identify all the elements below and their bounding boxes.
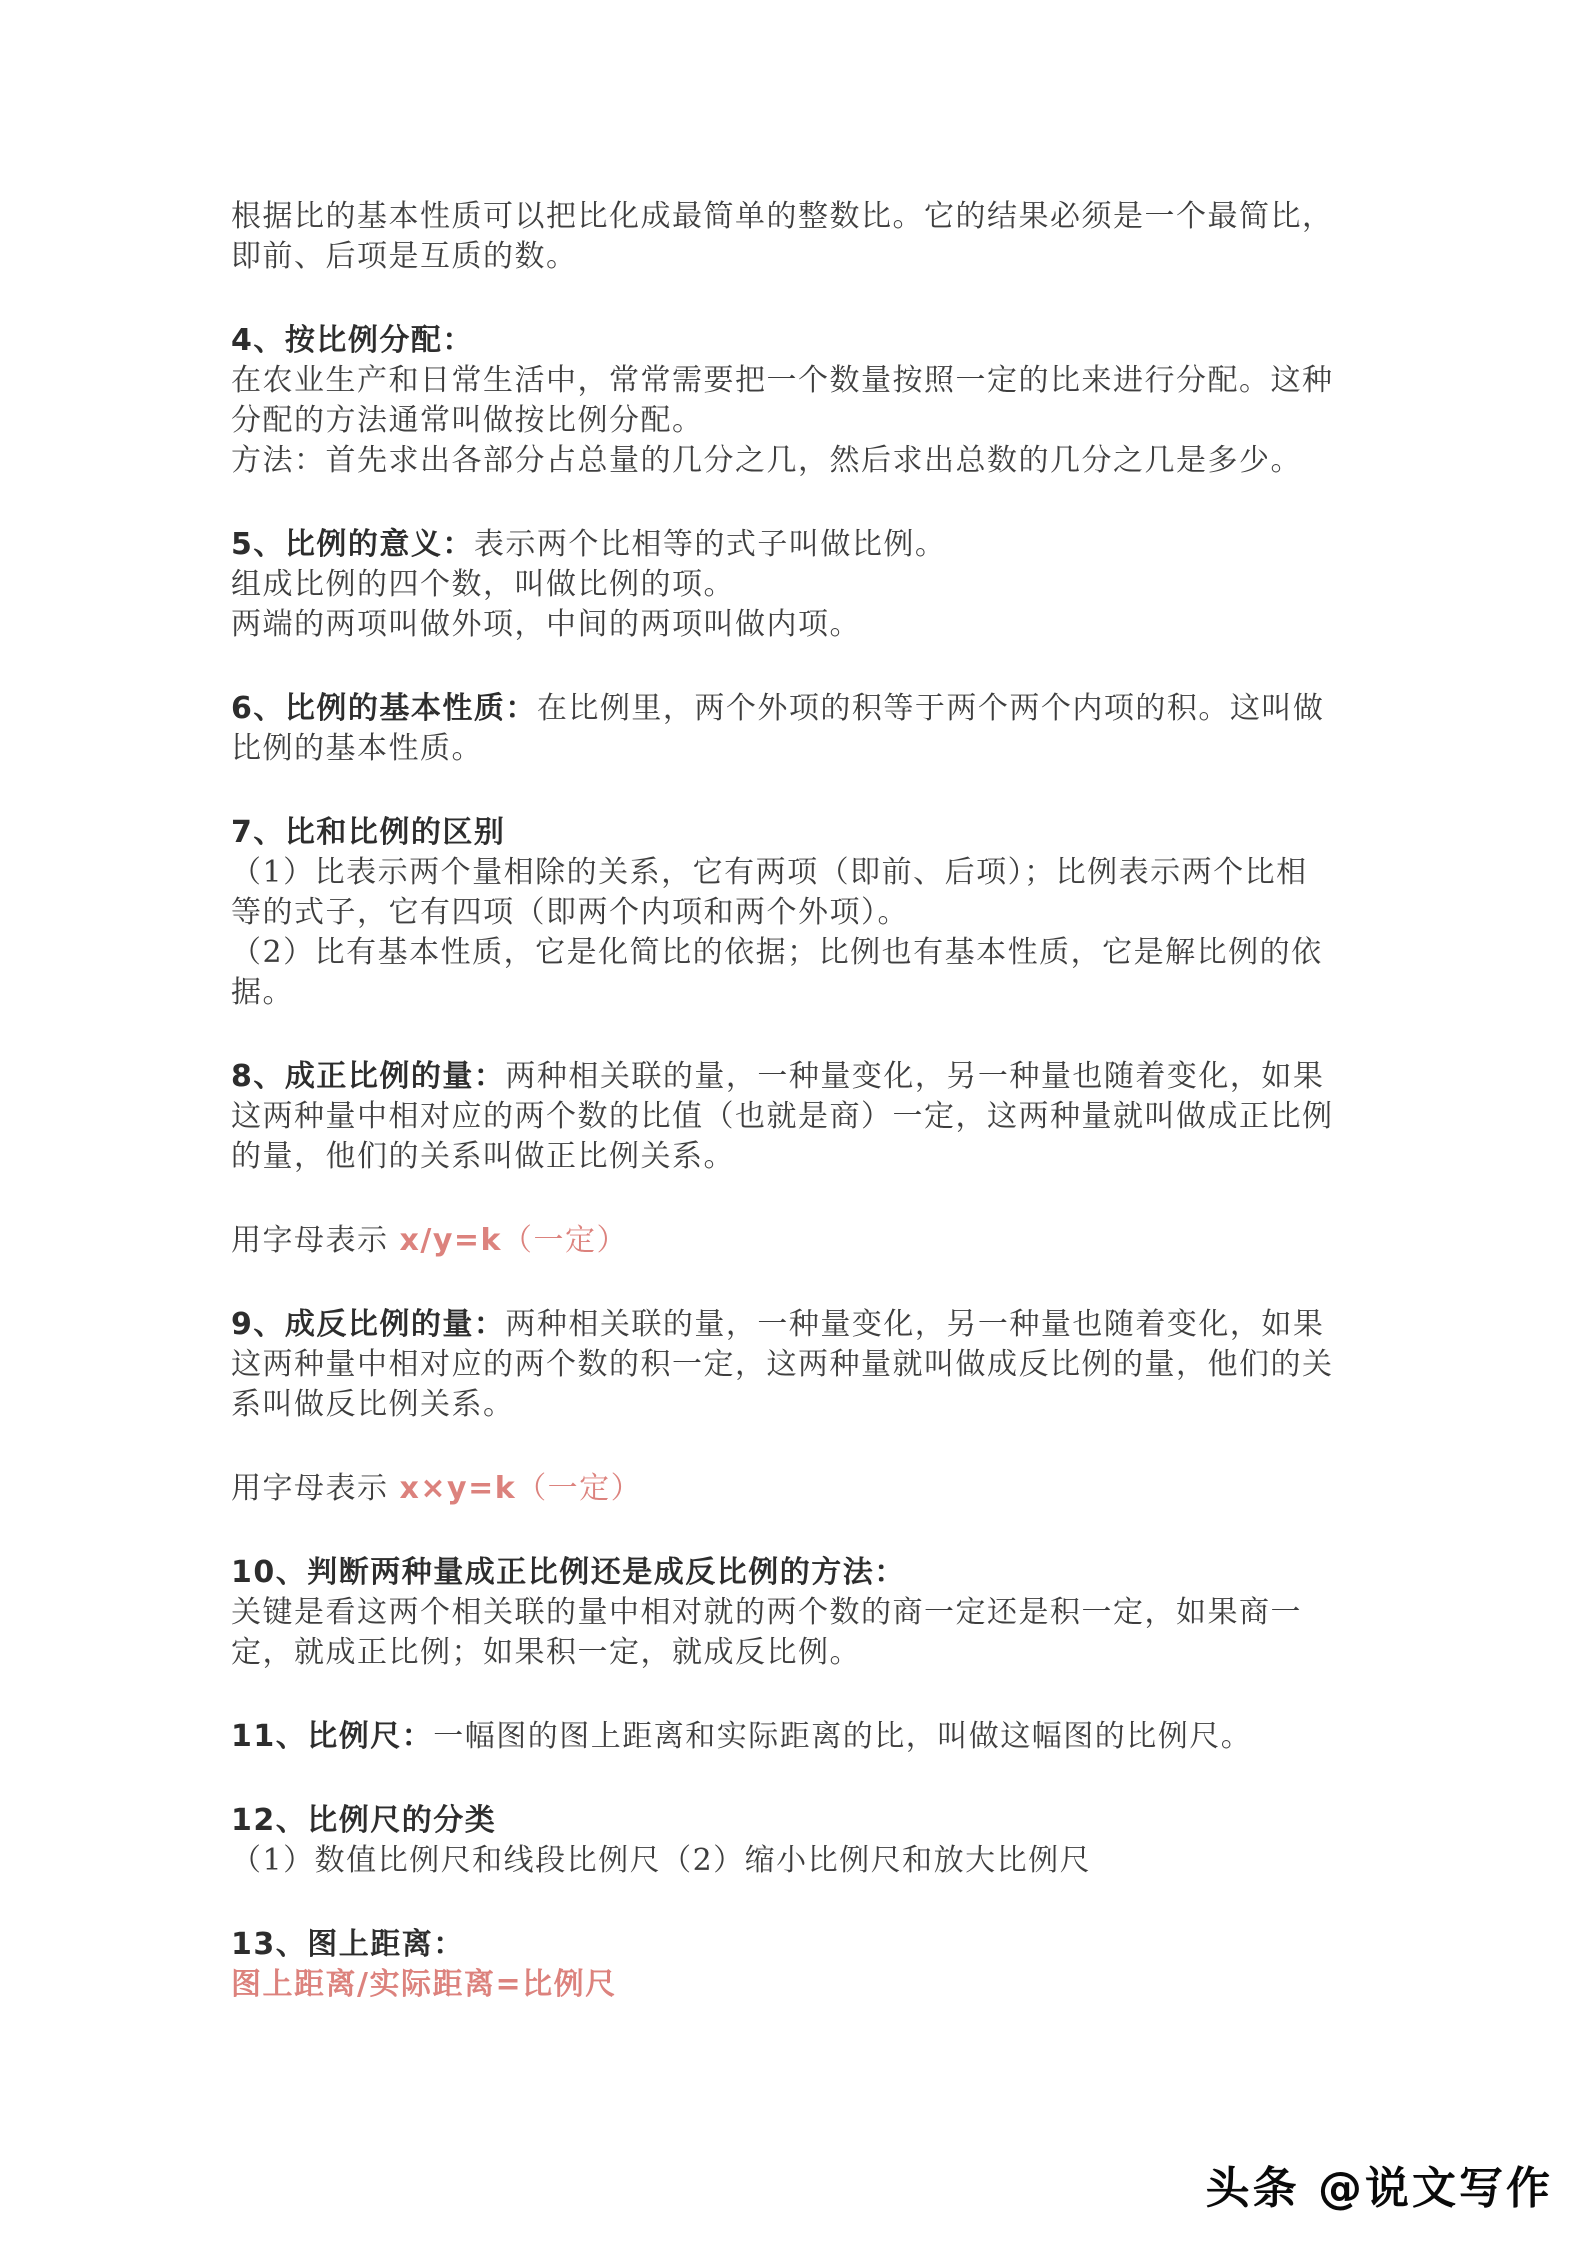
text-line: 等的式子，它有四项（即两个内项和两个外项）。 — [231, 893, 1431, 933]
section-heading-line: 5、比例的意义：表示两个比相等的式子叫做比例。 — [231, 525, 1431, 565]
section-4: 4、按比例分配： 在农业生产和日常生活中，常常需要把一个数量按照一定的比来进行分… — [231, 321, 1431, 481]
formula-expression: x/y=k — [400, 1223, 502, 1258]
section-inline-text: 一幅图的图上距离和实际距离的比，叫做这幅图的比例尺。 — [433, 1719, 1252, 1754]
text-line: 方法：首先求出各部分占总量的几分之几，然后求出总数的几分之几是多少。 — [231, 441, 1431, 481]
text-line: 组成比例的四个数，叫做比例的项。 — [231, 565, 1431, 605]
formula-line: 图上距离/实际距离=比例尺 — [231, 1965, 1431, 2005]
section-heading: 11、比例尺： — [231, 1719, 433, 1754]
formula-expression: x×y=k — [400, 1471, 517, 1506]
text-line: 在农业生产和日常生活中，常常需要把一个数量按照一定的比来进行分配。这种 — [231, 361, 1431, 401]
section-heading: 5、比例的意义： — [231, 527, 474, 562]
section-heading-line: 12、比例尺的分类 — [231, 1801, 1431, 1841]
section-8: 8、成正比例的量：两种相关联的量，一种量变化，另一种量也随着变化，如果 这两种量… — [231, 1057, 1431, 1261]
section-12: 12、比例尺的分类 （1）数值比例尺和线段比例尺（2）缩小比例尺和放大比例尺 — [231, 1801, 1431, 1881]
section-11: 11、比例尺：一幅图的图上距离和实际距离的比，叫做这幅图的比例尺。 — [231, 1717, 1431, 1757]
section-heading-line: 10、判断两种量成正比例还是成反比例的方法： — [231, 1553, 1431, 1593]
text-line: 的量，他们的关系叫做正比例关系。 — [231, 1137, 1431, 1177]
formula-suffix: （一定） — [516, 1471, 642, 1506]
text-line: 比例的基本性质。 — [231, 729, 1431, 769]
formula-suffix: （一定） — [502, 1223, 628, 1258]
section-7: 7、比和比例的区别 （1）比表示两个量相除的关系，它有两项（即前、后项）；比例表… — [231, 813, 1431, 1013]
formula-prefix: 用字母表示 — [231, 1471, 400, 1506]
section-inline-text: 两种相关联的量，一种量变化，另一种量也随着变化，如果 — [505, 1307, 1324, 1342]
section-inline-text: 两种相关联的量，一种量变化，另一种量也随着变化，如果 — [505, 1059, 1324, 1094]
document-page: 根据比的基本性质可以把比化成最简单的整数比。它的结果必须是一个最简比， 即前、后… — [231, 0, 1431, 2005]
section-heading-line: 4、按比例分配： — [231, 321, 1431, 361]
section-heading: 8、成正比例的量： — [231, 1059, 505, 1094]
section-inline-text: 表示两个比相等的式子叫做比例。 — [474, 527, 947, 562]
text-line: 据。 — [231, 973, 1431, 1013]
section-heading: 7、比和比例的区别 — [231, 815, 505, 850]
text-line: 两端的两项叫做外项，中间的两项叫做内项。 — [231, 605, 1431, 645]
section-heading-line: 6、比例的基本性质：在比例里，两个外项的积等于两个两个内项的积。这叫做 — [231, 689, 1431, 729]
text-line: （1）比表示两个量相除的关系，它有两项（即前、后项）；比例表示两个比相 — [231, 853, 1431, 893]
section-heading-line: 9、成反比例的量：两种相关联的量，一种量变化，另一种量也随着变化，如果 — [231, 1305, 1431, 1345]
text-line: 即前、后项是互质的数。 — [231, 237, 1431, 277]
intro-paragraph: 根据比的基本性质可以把比化成最简单的整数比。它的结果必须是一个最简比， 即前、后… — [231, 197, 1431, 277]
text-line: （2）比有基本性质，它是化简比的依据；比例也有基本性质，它是解比例的依 — [231, 933, 1431, 973]
section-heading-line: 13、图上距离： — [231, 1925, 1431, 1965]
section-9: 9、成反比例的量：两种相关联的量，一种量变化，另一种量也随着变化，如果 这两种量… — [231, 1305, 1431, 1509]
formula-line: 用字母表示 x/y=k（一定） — [231, 1221, 1431, 1261]
section-6: 6、比例的基本性质：在比例里，两个外项的积等于两个两个内项的积。这叫做 比例的基… — [231, 689, 1431, 769]
section-heading: 9、成反比例的量： — [231, 1307, 505, 1342]
section-heading: 4、按比例分配： — [231, 323, 474, 358]
text-line: 根据比的基本性质可以把比化成最简单的整数比。它的结果必须是一个最简比， — [231, 197, 1431, 237]
section-10: 10、判断两种量成正比例还是成反比例的方法： 关键是看这两个相关联的量中相对就的… — [231, 1553, 1431, 1673]
text-line: 关键是看这两个相关联的量中相对就的两个数的商一定还是积一定，如果商一 — [231, 1593, 1431, 1633]
section-heading: 13、图上距离： — [231, 1927, 465, 1962]
section-heading-line: 8、成正比例的量：两种相关联的量，一种量变化，另一种量也随着变化，如果 — [231, 1057, 1431, 1097]
formula-line: 用字母表示 x×y=k（一定） — [231, 1469, 1431, 1509]
section-heading: 6、比例的基本性质： — [231, 691, 537, 726]
section-5: 5、比例的意义：表示两个比相等的式子叫做比例。 组成比例的四个数，叫做比例的项。… — [231, 525, 1431, 645]
text-line: 分配的方法通常叫做按比例分配。 — [231, 401, 1431, 441]
formula-prefix: 用字母表示 — [231, 1223, 400, 1258]
section-heading-line: 7、比和比例的区别 — [231, 813, 1431, 853]
text-line: 系叫做反比例关系。 — [231, 1385, 1431, 1425]
text-line: （1）数值比例尺和线段比例尺（2）缩小比例尺和放大比例尺 — [231, 1841, 1431, 1881]
section-heading-line: 11、比例尺：一幅图的图上距离和实际距离的比，叫做这幅图的比例尺。 — [231, 1717, 1431, 1757]
section-heading: 10、判断两种量成正比例还是成反比例的方法： — [231, 1555, 906, 1590]
watermark: 头条 @说文写作 — [1206, 2152, 1553, 2216]
section-heading: 12、比例尺的分类 — [231, 1803, 496, 1838]
text-line: 这两种量中相对应的两个数的积一定，这两种量就叫做成反比例的量，他们的关 — [231, 1345, 1431, 1385]
section-13: 13、图上距离： 图上距离/实际距离=比例尺 — [231, 1925, 1431, 2005]
text-line: 定，就成正比例；如果积一定，就成反比例。 — [231, 1633, 1431, 1673]
text-line: 这两种量中相对应的两个数的比值（也就是商）一定，这两种量就叫做成正比例 — [231, 1097, 1431, 1137]
section-inline-text: 在比例里，两个外项的积等于两个两个内项的积。这叫做 — [537, 691, 1325, 726]
